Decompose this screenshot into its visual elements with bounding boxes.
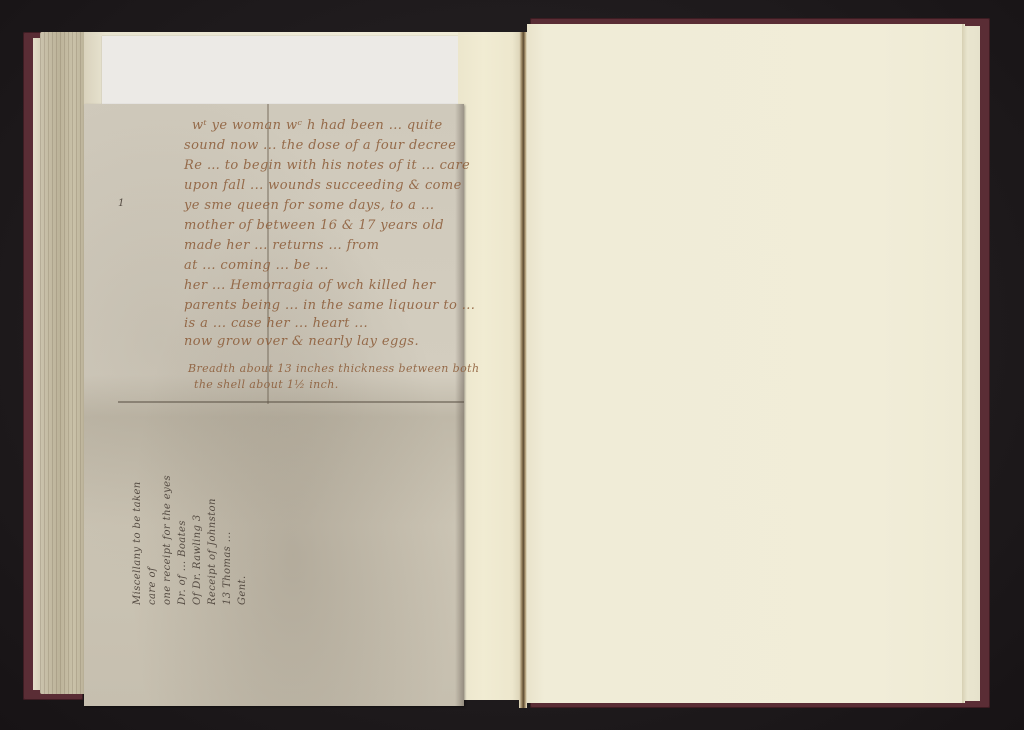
- manuscript-line: made her ... returns ... from: [184, 238, 379, 253]
- manuscript-line: is a ... case her ... heart ...: [184, 316, 368, 331]
- endorsement-line: Gent.: [235, 475, 250, 605]
- manuscript-line: ye sme queen for some days, to a ...: [184, 198, 434, 213]
- manuscript-line: at ... coming ... be ...: [184, 258, 329, 273]
- horizontal-fold-line: [118, 401, 464, 403]
- endorsement-line: care of: [145, 475, 160, 605]
- manuscript-line: now grow over & nearly lay eggs.: [184, 334, 419, 349]
- manuscript-line: wᵗ ye woman wᶜ h had been ... quite: [192, 118, 443, 133]
- right-flyleaf: [962, 26, 980, 701]
- manuscript-line: upon fall ... wounds succeeding & come: [184, 178, 462, 193]
- page-stack-edges: [40, 32, 88, 694]
- manuscript-edge-shadow: [455, 104, 464, 706]
- manuscript-letter: [84, 104, 464, 706]
- postscript-line: the shell about 1½ inch.: [194, 378, 339, 391]
- manuscript-line: mother of between 16 & 17 years old: [184, 218, 444, 233]
- endorsement-notes: Miscellany to be taken care of one recei…: [130, 475, 250, 605]
- white-mount-strip: [102, 36, 460, 104]
- manuscript-line: Re … to begin with his notes of it ... c…: [184, 158, 470, 173]
- endorsement-line: Of Dr. Rawling 3: [190, 475, 205, 605]
- manuscript-line: her ... Hemorragia of wch killed her: [184, 278, 436, 293]
- book-gutter: [519, 32, 527, 708]
- endorsement-line: Miscellany to be taken: [130, 475, 145, 605]
- endorsement-line: 13 Thomas ...: [220, 475, 235, 605]
- postscript-line: Breadth about 13 inches thickness betwee…: [188, 362, 479, 375]
- endorsement-line: Dr. of ... Boates: [175, 475, 190, 605]
- manuscript-line: parents being ... in the same liquour to…: [184, 298, 475, 313]
- margin-mark: 1: [118, 198, 125, 209]
- endorsement-line: Receipt of Johnston: [205, 475, 220, 605]
- endorsement-line: one receipt for the eyes: [160, 475, 175, 605]
- right-blank-page: [527, 24, 965, 703]
- manuscript-line: sound now ... the dose of a four decree: [184, 138, 456, 153]
